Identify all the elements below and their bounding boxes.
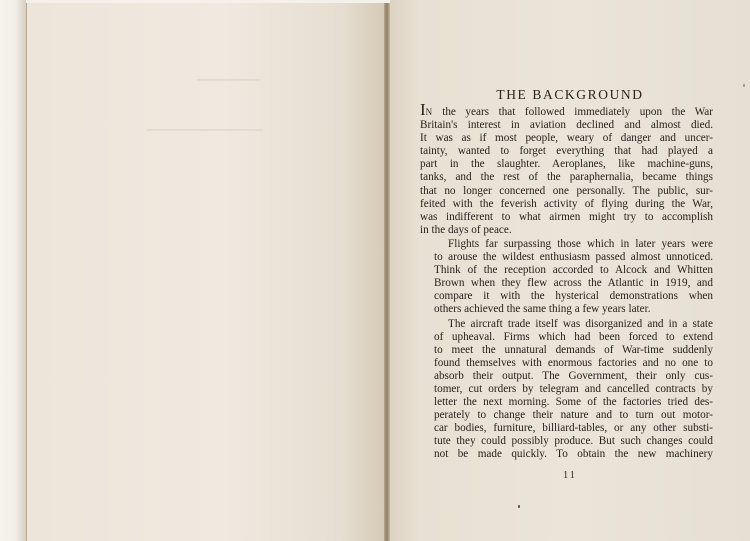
text-line: that no longer concerned one personally.… <box>420 185 713 198</box>
paragraph-3: The aircraft trade itself was disorganiz… <box>420 318 713 462</box>
text-line: part in the slaughter. Aeroplanes, like … <box>420 158 713 171</box>
text-line: of upheaval. Firms which had been forced… <box>420 331 713 344</box>
text-line: letter the next morning. Some of the fac… <box>420 396 713 409</box>
text-line: car bodies, furniture, billiard-tables, … <box>420 422 713 435</box>
text-line: to arouse the wildest enthusiasm passed … <box>420 251 713 264</box>
show-through-text: ▁▁▁▁▁▁▁▁▁▁▁▁▁ <box>147 118 263 131</box>
text-line: tanks, and the rest of the paraphernalia… <box>420 171 713 184</box>
right-page: THE BACKGROUND IN the years that followe… <box>390 0 750 541</box>
text-line: Britain's interest in aviation declined … <box>420 119 713 132</box>
paper-speck <box>518 505 520 508</box>
body-text: IN the years that followed immediately u… <box>420 105 713 462</box>
text-line: others achieved the same thing a few yea… <box>420 303 713 316</box>
text-line: found themselves with enormous factories… <box>420 357 713 370</box>
text-line: The aircraft trade itself was disorganiz… <box>420 318 713 331</box>
text-line: compare it with the hysterical demonstra… <box>420 290 713 303</box>
text-line: tomer, cut orders by telegram and cancel… <box>420 383 713 396</box>
text-line: Brown when they flew across the Atlantic… <box>420 277 713 290</box>
small-caps: N <box>426 107 433 117</box>
text-line: tainty, wanted to forget everything that… <box>420 145 713 158</box>
text-line: tute they could possibly produce. But su… <box>420 435 713 448</box>
paragraph-1: IN the years that followed immediately u… <box>420 105 713 237</box>
page-number: 11 <box>390 470 750 481</box>
paper-speck <box>743 84 745 87</box>
text-line: Flights far surpassing those which in la… <box>420 238 713 251</box>
text-line: was indifferent to what airmen might try… <box>420 211 713 224</box>
text-line: in the days of peace. <box>420 224 713 237</box>
paragraph-2: Flights far surpassing those which in la… <box>420 238 713 317</box>
open-book-spread: ▁▁▁▁▁▁▁ ▁▁▁▁▁▁▁▁▁▁▁▁▁ THE BACKGROUND IN … <box>0 0 750 541</box>
text-line: IN the years that followed immediately u… <box>420 105 713 119</box>
text-line: to meet the unnatural demands of War-tim… <box>420 344 713 357</box>
running-head: THE BACKGROUND <box>390 87 750 103</box>
text-line: perately to change their nature and to t… <box>420 409 713 422</box>
left-page: ▁▁▁▁▁▁▁ ▁▁▁▁▁▁▁▁▁▁▁▁▁ <box>27 0 384 541</box>
text-line: absorb their output. The Government, the… <box>420 370 713 383</box>
page-edge <box>0 0 27 541</box>
text-line: not be made quickly. To obtain the new m… <box>420 448 713 461</box>
text-line: Think of the reception accorded to Alcoc… <box>420 264 713 277</box>
text-line: It was as if most people, weary of dange… <box>420 132 713 145</box>
show-through-text: ▁▁▁▁▁▁▁ <box>197 68 260 81</box>
text-line: feited with the feverish activity of fly… <box>420 198 713 211</box>
